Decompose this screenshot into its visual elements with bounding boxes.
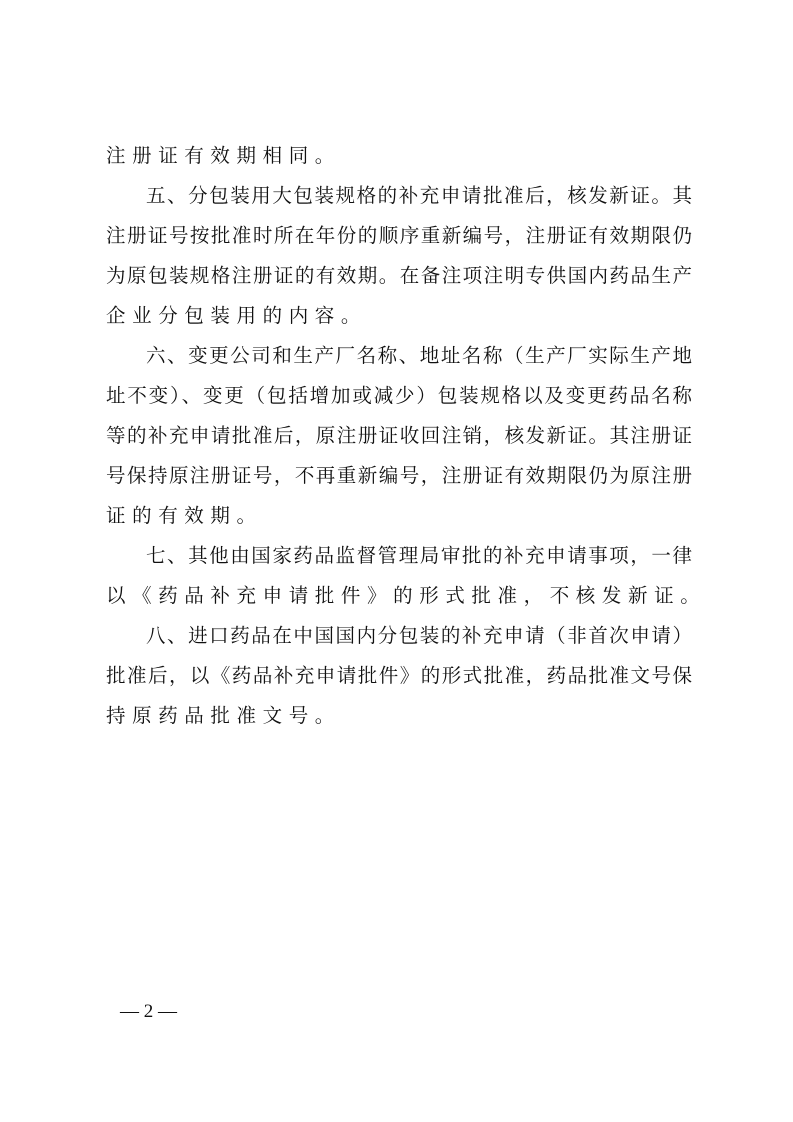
text-line: 企业分包装用的内容。 <box>106 296 692 336</box>
page-number: — 2 — <box>120 1000 177 1024</box>
paragraph-item-7: 七、其他由国家药品监督管理局审批的补充申请事项，一律 以《药品补充申请批件》的形… <box>106 536 692 616</box>
document-body: 注册证有效期相同。 五、分包装用大包装规格的补充申请批准后，核发新证。其 注册证… <box>106 136 692 736</box>
text-line: 以《药品补充申请批件》的形式批准，不核发新证。 <box>106 576 692 616</box>
text-line: 七、其他由国家药品监督管理局审批的补充申请事项，一律 <box>106 536 692 576</box>
text-line: 址不变）、变更（包括增加或减少）包装规格以及变更药品名称 <box>106 376 692 416</box>
text-line: 八、进口药品在中国国内分包装的补充申请（非首次申请） <box>106 616 692 656</box>
document-page: 注册证有效期相同。 五、分包装用大包装规格的补充申请批准后，核发新证。其 注册证… <box>0 0 793 1122</box>
text-line: 批准后，以《药品补充申请批件》的形式批准，药品批准文号保 <box>106 656 692 696</box>
paragraph-item-6: 六、变更公司和生产厂名称、地址名称（生产厂实际生产地 址不变）、变更（包括增加或… <box>106 336 692 536</box>
text-line: 号保持原注册证号，不再重新编号，注册证有效期限仍为原注册 <box>106 456 692 496</box>
paragraph-item-5: 五、分包装用大包装规格的补充申请批准后，核发新证。其 注册证号按批准时所在年份的… <box>106 176 692 336</box>
text-line: 六、变更公司和生产厂名称、地址名称（生产厂实际生产地 <box>106 336 692 376</box>
text-line: 证的有效期。 <box>106 496 692 536</box>
paragraph-item-8: 八、进口药品在中国国内分包装的补充申请（非首次申请） 批准后，以《药品补充申请批… <box>106 616 692 736</box>
text-line: 等的补充申请批准后，原注册证收回注销，核发新证。其注册证 <box>106 416 692 456</box>
paragraph-continuation: 注册证有效期相同。 <box>106 136 692 176</box>
text-line: 注册证号按批准时所在年份的顺序重新编号，注册证有效期限仍 <box>106 216 692 256</box>
text-line: 五、分包装用大包装规格的补充申请批准后，核发新证。其 <box>106 176 692 216</box>
text-line: 为原包装规格注册证的有效期。在备注项注明专供国内药品生产 <box>106 256 692 296</box>
text-line: 持原药品批准文号。 <box>106 696 692 736</box>
text-line: 注册证有效期相同。 <box>106 136 692 176</box>
